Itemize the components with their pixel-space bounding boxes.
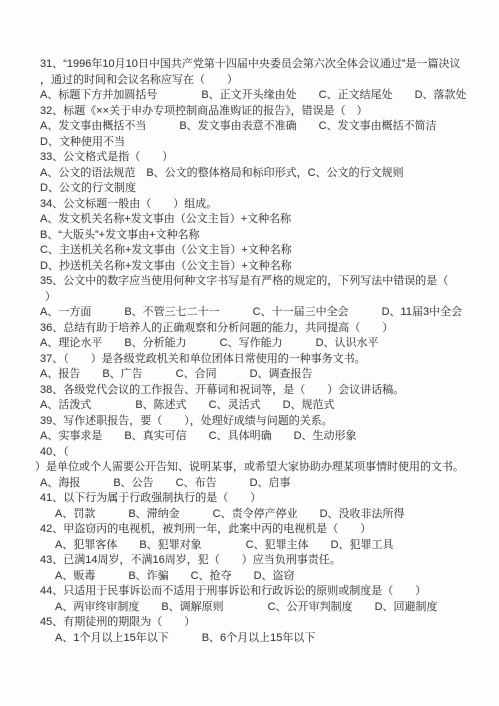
text-line: ，通过的时间和会议名称应写在（ ） [40,73,473,89]
text-line: 43、已满14周岁，不满16周岁，犯（ ）应当负刑事责任。 [40,553,473,569]
text-line: A、贩毒 B、诈骗 C、抢夺 D、盗窃 [55,569,473,585]
text-line: 33、公文格式是指（ ） [40,150,473,166]
text-line: A、发文事由概括不当 B、发文事由表意不准确 C、发文事由概括不简洁 [40,119,473,135]
text-line: 44、只适用于民事诉讼而不适用于刑事诉讼和行政诉讼的原则或制度是（ ） [40,584,473,600]
text-line: ）是单位或个人需要公开告知、说明某事，或希望大家协助办理某项事情时使用的文书。 [35,460,473,476]
text-line: 31、“1996年10月10日中国共产党第十四届中央委员会第六次全体会议通过”是… [40,57,473,73]
text-line: 37、（ ）是各级党政机关和单位团体日常使用的一种事务文书。 [40,352,473,368]
text-line: A、报告 B、广告 C、合同 D、调查报告 [40,367,473,383]
text-line: 35、公文中的数字应当使用何种文字书写是有严格的规定的，下列写法中错误的是（ [40,274,473,290]
document-body: 31、“1996年10月10日中国共产党第十四届中央委员会第六次全体会议通过”是… [40,57,473,646]
text-line: A、犯罪客体 B、犯罪对象 C、犯罪主体 D、犯罪工具 [55,538,473,554]
text-line: 38、各级党代会议的工作报告、开幕词和祝词等，是（ ）会议讲话稿。 [40,383,473,399]
text-line: A、两审终审制度 B、调解原则 C、公开审判制度 D、回避制度 [55,600,473,616]
text-line: 42、甲盗窃丙的电视机，被判刑一年，此案中丙的电视机是（ ） [40,522,473,538]
text-line: A、一方面 B、不管三七二十一 C、十一届三中全会 D、11届3中全会 [40,305,473,321]
text-line: C、主送机关名称+发文事由（公文主旨）+文种名称 [40,243,473,259]
text-line: 32、标题《××关于申办专项控制商品准购证的报告》，错误是（ ） [40,104,473,120]
text-line: ） [45,290,473,306]
text-line: A、活泼式 B、陈述式 C、灵活式 D、规范式 [40,398,473,414]
text-line: 40、（ [40,445,473,461]
text-line: A、实事求是 B、真实可信 C、具体明确 D、生动形象 [40,429,473,445]
text-line: A、海报 B、公告 C、布告 D、启事 [40,476,473,492]
text-line: A、1个月以上15年以下 B、6个月以上15年以下 [55,631,473,647]
text-line: 39、写作述职报告，要（ ），处理好成绩与问题的关系。 [40,414,473,430]
text-line: D、文种使用不当 [40,135,473,151]
text-line: 34、公文标题一般由（ ）组成。 [40,197,473,213]
text-line: A、理论水平 B、分析能力 C、写作能力 D、认识水平 [40,336,473,352]
text-line: A、罚款 B、滞纳金 C、责令停产停业 D、没收非法所得 [55,507,473,523]
text-line: D、公文的行文制度 [40,181,473,197]
text-line: 41、以下行为属于行政强制执行的是（ ） [40,491,473,507]
text-line: 36、总结有助于培养人的正确观察和分析问题的能力，共同提高（ ） [40,321,473,337]
text-line: A、发文机关名称+发文事由（公文主旨）+文种名称 [40,212,473,228]
text-line: A、标题下方并加圆括号 B、正文开头缘由处 C、正文结尾处 D、落款处 [40,88,473,104]
text-line: 45、有期徒刑的期限为（ ） [40,615,473,631]
text-line: A、公文的语法规范 B、公文的整体格局和标印形式，C、公文的行文规则 [40,166,473,182]
text-line: D、抄送机关名称+发文事由（公文主旨）+文种名称 [40,259,473,275]
exam-page: 31、“1996年10月10日中国共产党第十四届中央委员会第六次全体会议通过”是… [0,0,499,706]
text-line: B、“大版头”+发文事由+文种名称 [40,228,473,244]
